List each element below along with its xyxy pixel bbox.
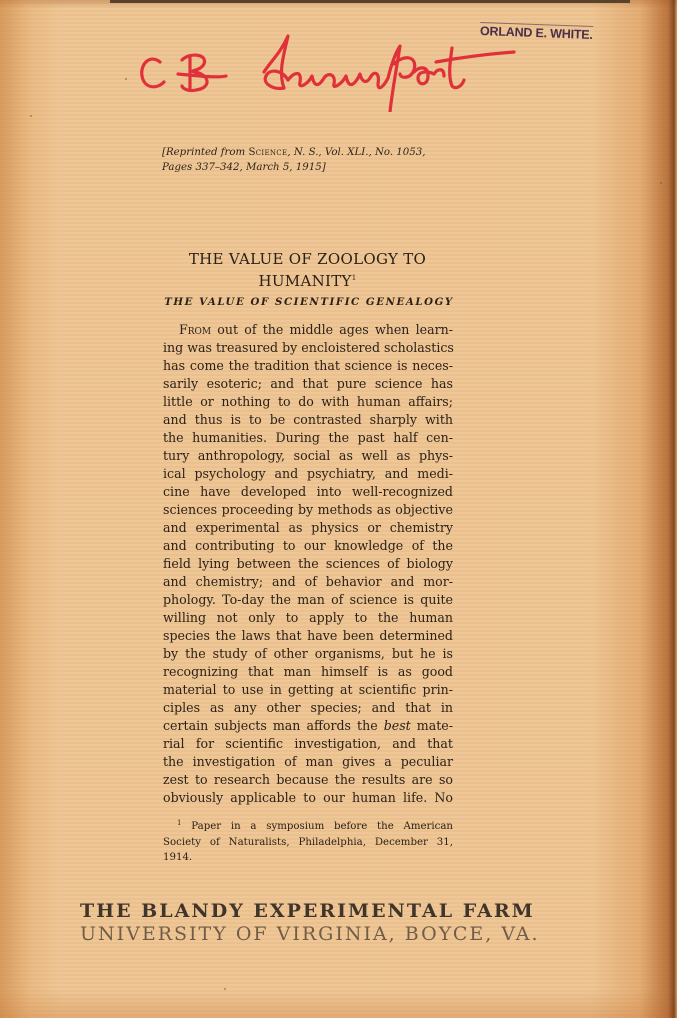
footnote: 1 Paper in a symposium before the Americ… — [163, 816, 453, 866]
article-subtitle: THE VALUE OF SCIENTIFIC GENEALOGY — [162, 296, 456, 308]
body-line: field lying between the sciences of biol… — [163, 555, 453, 573]
scanned-page: ORLAND E. WHITE. [Reprinted from Science… — [0, 0, 677, 1018]
body-line: willing not only to apply to the human — [163, 609, 453, 627]
title-line-2: HUMANITY — [258, 272, 351, 290]
paper-speck — [660, 182, 662, 184]
body-line: and chemistry; and of behavior and mor- — [163, 573, 453, 591]
body-line: ing was treasured by encloistered schola… — [163, 339, 453, 357]
body-line: obviously applicable to our human life. … — [163, 789, 453, 807]
paper-speck — [125, 78, 127, 80]
body-line: ciples as any other species; and that in — [163, 699, 453, 717]
body-line: sarily esoteric; and that pure science h… — [163, 375, 453, 393]
citation-prefix: [Reprinted from — [162, 147, 248, 158]
footnote-mark: 1 — [177, 819, 181, 827]
title-footnote-mark: 1 — [352, 274, 357, 282]
body-line: cine have developed into well-recognized — [163, 483, 453, 501]
library-stamp-line-1: THE BLANDY EXPERIMENTAL FARM — [80, 899, 540, 923]
body-line: tury anthropology, social as well as phy… — [163, 447, 453, 465]
body-line: the humanities. During the past half cen… — [163, 429, 453, 447]
library-stamp-line-2: UNIVERSITY OF VIRGINIA, BOYCE, VA. — [80, 922, 540, 946]
body-line: phology. To-day the man of science is qu… — [163, 591, 453, 609]
page-top-edge-shadow — [110, 0, 630, 3]
body-line: and contributing to our knowledge of the — [163, 537, 453, 555]
paper-speck — [224, 988, 226, 990]
body-line: rial for scientific investigation, and t… — [163, 735, 453, 753]
body-line: ical psychology and psychiatry, and medi… — [163, 465, 453, 483]
body-line: species the laws that have been determin… — [163, 627, 453, 645]
body-line: recognizing that man himself is as good — [163, 663, 453, 681]
body-line: sciences proceeding by methods as object… — [163, 501, 453, 519]
footnote-line: 1914. — [163, 850, 453, 866]
emphasis-best: best — [384, 718, 411, 733]
body-line: and experimental as physics or chemistry — [163, 519, 453, 537]
paper-speck — [30, 115, 32, 117]
citation-pages-date: Pages 337–342, March 5, 1915] — [162, 162, 326, 173]
body-line: From out of the middle ages when learn- — [163, 321, 453, 339]
reprint-citation: [Reprinted from Science, N. S., Vol. XLI… — [162, 145, 462, 175]
body-line: by the study of other organisms, but he … — [163, 645, 453, 663]
body-line: has come the tradition that science is n… — [163, 357, 453, 375]
drop-word: From — [179, 322, 211, 337]
footnote-line: 1 Paper in a symposium before the Americ… — [163, 816, 453, 835]
signature-ink-icon — [138, 32, 518, 112]
body-line: certain subjects man affords the best ma… — [163, 717, 453, 735]
citation-details: , N. S., Vol. XLI., No. 1053, — [287, 147, 425, 158]
citation-journal: Science — [248, 147, 287, 158]
footnote-line: Society of Naturalists, Philadelphia, De… — [163, 835, 453, 851]
body-line: and thus is to be contrasted sharply wit… — [163, 411, 453, 429]
body-line: material to use in getting at scientific… — [163, 681, 453, 699]
library-stamp: THE BLANDY EXPERIMENTAL FARM UNIVERSITY … — [80, 899, 540, 947]
body-line: zest to research because the results are… — [163, 771, 453, 789]
article-title: THE VALUE OF ZOOLOGY TO HUMANITY1 — [160, 250, 455, 291]
article-body: From out of the middle ages when learn- … — [163, 321, 453, 807]
body-line: little or nothing to do with human affai… — [163, 393, 453, 411]
handwritten-signature — [138, 32, 518, 112]
title-line-1: THE VALUE OF ZOOLOGY TO — [189, 250, 426, 268]
body-line: the investigation of man gives a peculia… — [163, 753, 453, 771]
